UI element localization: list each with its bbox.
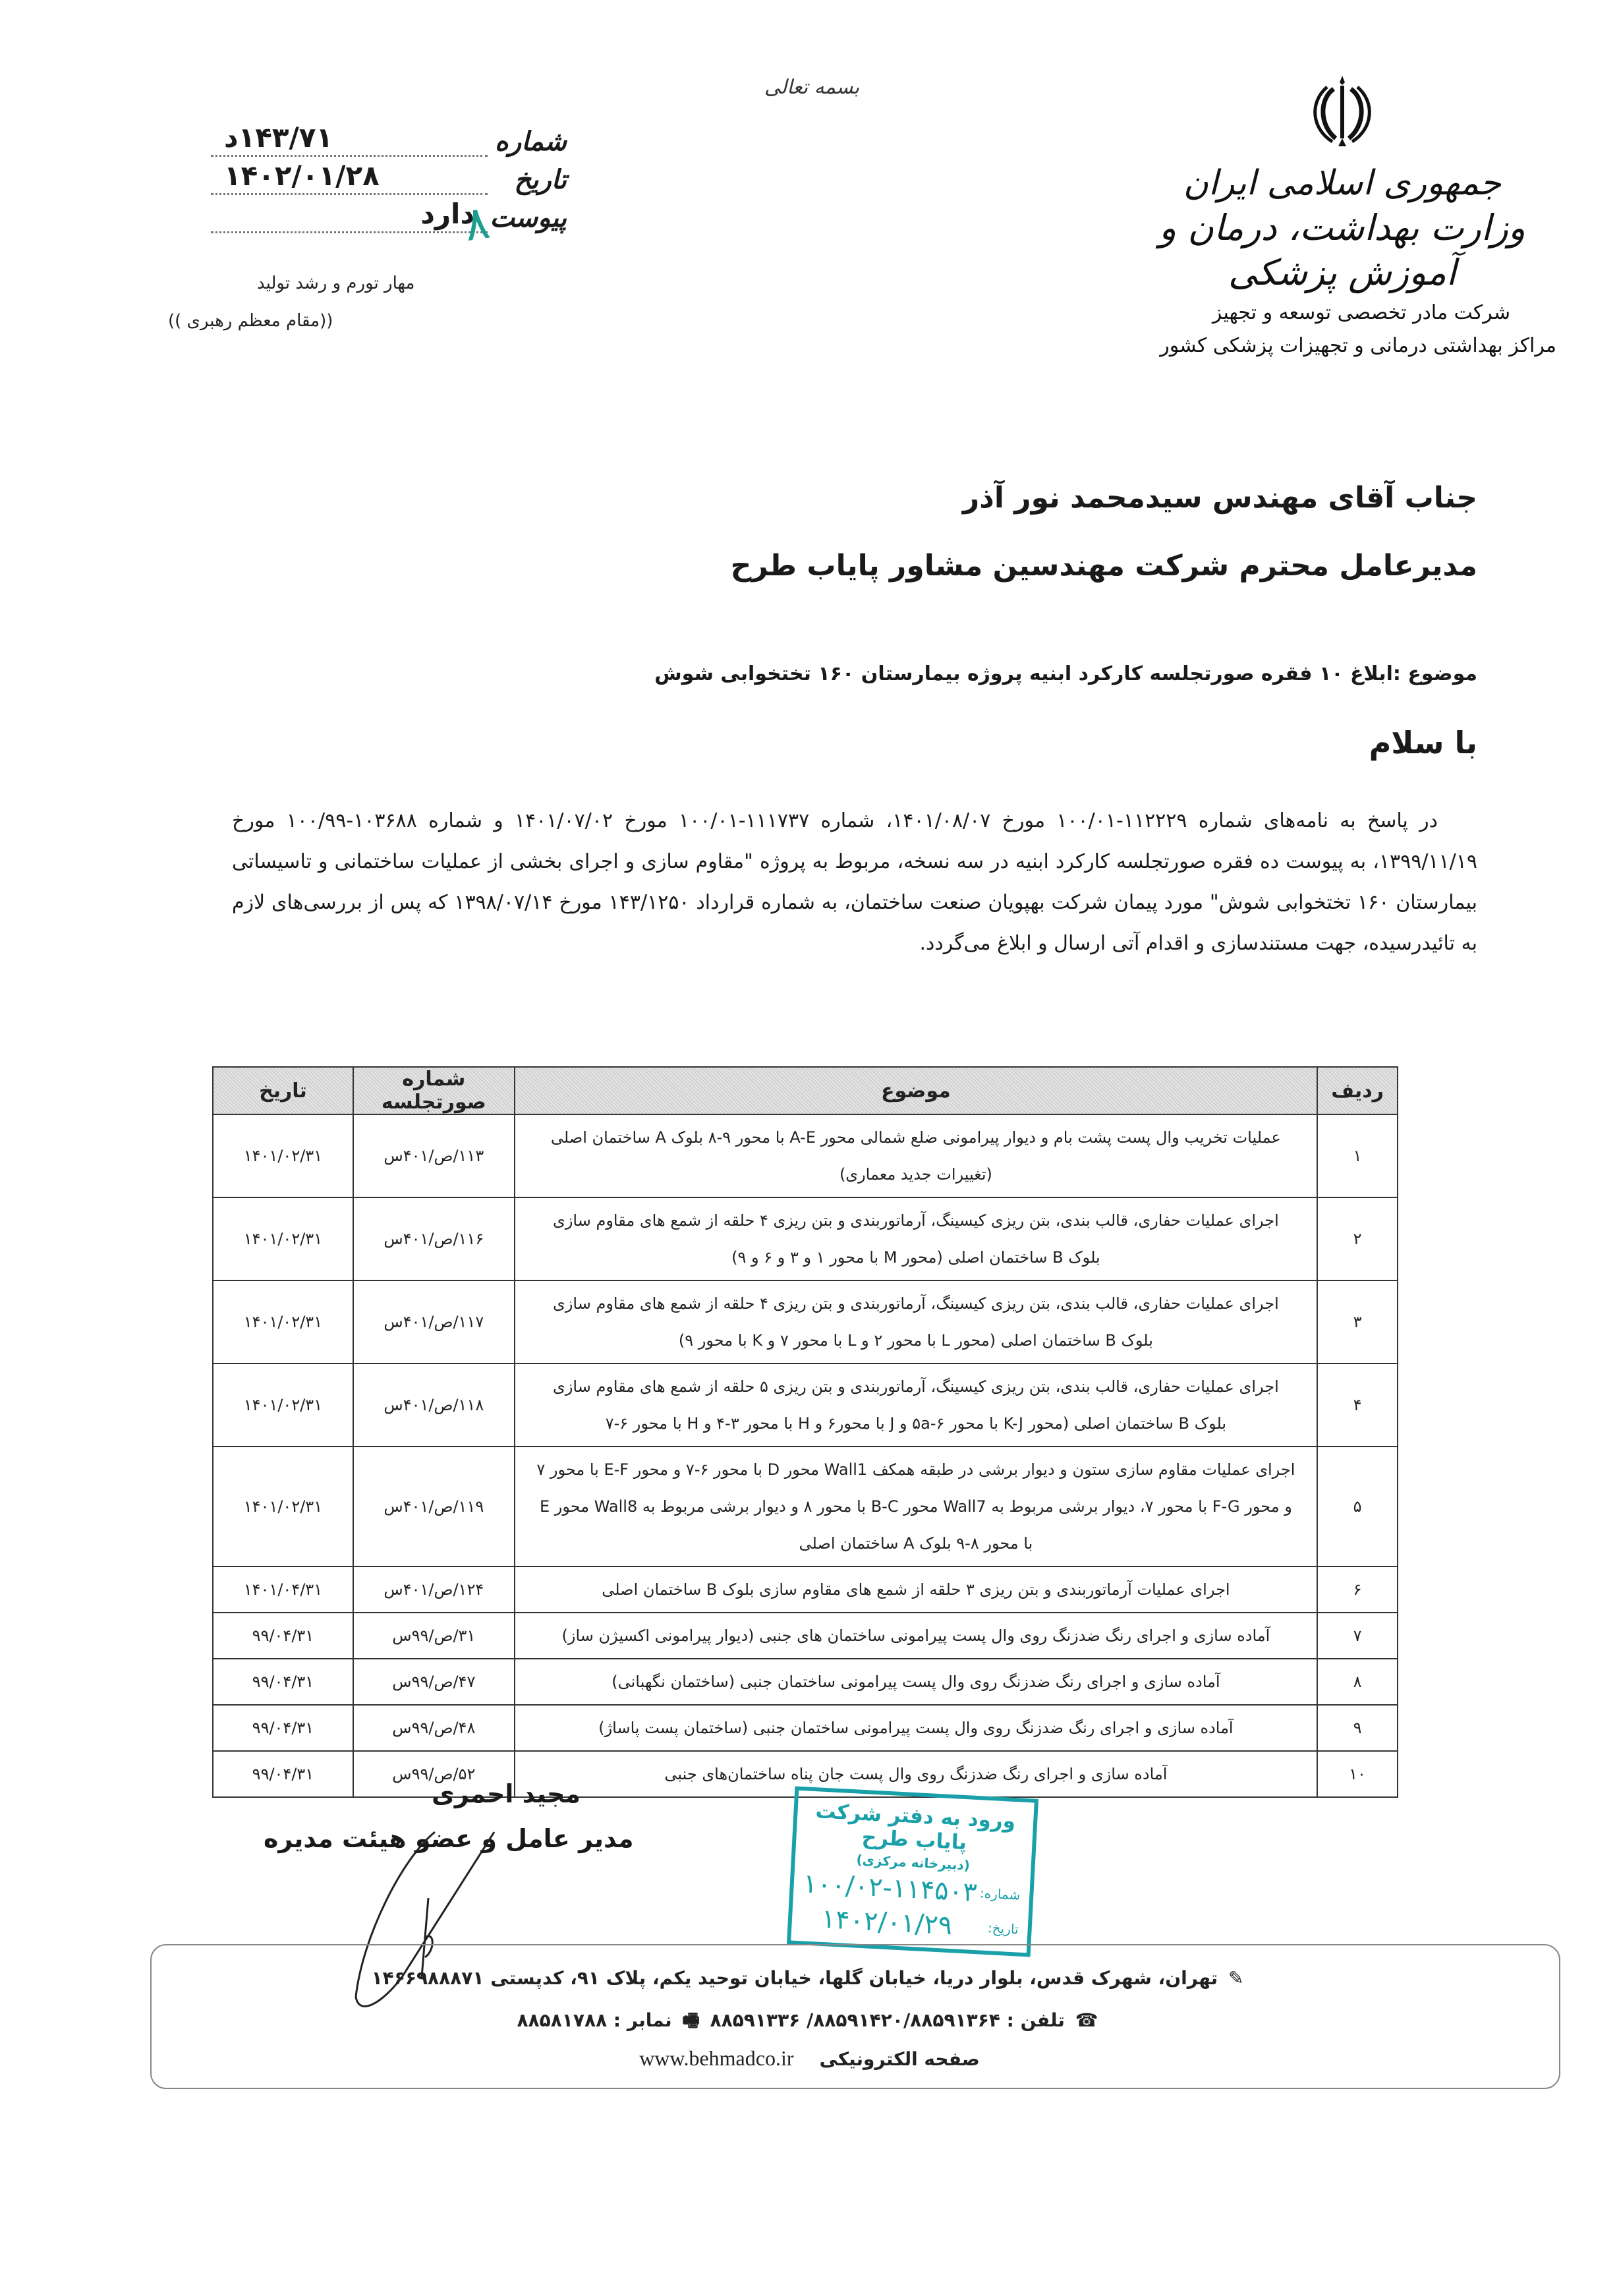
country-calligraphy: جمهوری اسلامی ایران	[1131, 161, 1553, 206]
cell-date: ۹۹/۰۴/۳۱	[213, 1613, 353, 1659]
cell-record-number: ۱۱۹/ص/۴۰۱س	[353, 1447, 515, 1566]
basmala: بسمه تعالی	[764, 76, 859, 99]
cell-subject: اجرای عملیات آرماتوربندی و بتن ریزی ۳ حل…	[515, 1566, 1317, 1613]
stamp-date-row: تاریخ: ۱۴۰۲/۰۱/۲۹	[801, 1903, 1019, 1944]
cell-row-no: ۸	[1317, 1659, 1398, 1705]
website-link[interactable]: www.behmadco.ir	[639, 2046, 793, 2070]
col-header-subject: موضوع	[515, 1067, 1317, 1114]
signer-name: مجید احمری	[432, 1779, 581, 1808]
organization-name: شرکت مادر تخصصی توسعه و تجهیز مراکز بهدا…	[963, 297, 1556, 362]
letter-subject: موضوع :ابلاغ ۱۰ فقره صورتجلسه کارکرد ابن…	[654, 662, 1477, 685]
letter-number: ۱۴۳/۷۱د	[211, 121, 488, 157]
cell-subject: اجرای عملیات مقاوم سازی ستون و دیوار برش…	[515, 1447, 1317, 1566]
records-table: ردیف موضوع شماره صورتجلسه تاریخ ۱ عملیات…	[212, 1066, 1398, 1798]
cell-date: ۹۹/۰۴/۳۱	[213, 1659, 353, 1705]
cell-date: ۱۴۰۱/۰۴/۳۱	[213, 1566, 353, 1613]
receipt-stamp: ورود به دفتر شرکت پایاب طرح (دبیرخانه مر…	[787, 1786, 1038, 1957]
cell-row-no: ۶	[1317, 1566, 1398, 1613]
footer-address: ✎ تهران، شهرک قدس، بلوار دریا، خیابان گل…	[0, 1967, 1619, 1989]
cell-subject: اجرای عملیات حفاری، قالب بندی، بتن ریزی …	[515, 1197, 1317, 1280]
phone-label: تلفن :	[1007, 2009, 1065, 2031]
cell-date: ۱۴۰۱/۰۲/۳۱	[213, 1197, 353, 1280]
cell-record-number: ۴۸/ص/۹۹س	[353, 1705, 515, 1751]
website-label: صفحه الکترونیکی	[819, 2048, 979, 2070]
cell-row-no: ۲	[1317, 1197, 1398, 1280]
cell-row-no: ۱۰	[1317, 1751, 1398, 1797]
attachment-label: پیوست	[488, 202, 567, 233]
cell-record-number: ۴۷/ص/۹۹س	[353, 1659, 515, 1705]
cell-record-number: ۱۲۴/ص/۴۰۱س	[353, 1566, 515, 1613]
cell-subject: آماده سازی و اجرای رنگ ضدزنگ روی وال پست…	[515, 1705, 1317, 1751]
cell-date: ۹۹/۰۴/۳۱	[213, 1751, 353, 1797]
col-header-row-no: ردیف	[1317, 1067, 1398, 1114]
number-label: شماره	[488, 126, 567, 157]
fax-number: ۸۸۵۸۱۷۸۸	[517, 2009, 607, 2031]
cell-date: ۱۴۰۱/۰۲/۳۱	[213, 1280, 353, 1363]
table-row: ۱ عملیات تخریب وال پست پشت بام و دیوار پ…	[213, 1114, 1398, 1197]
footer-contacts: ☎ تلفن : ۸۸۵۹۱۴۲۰/۸۸۵۹۱۳۶۴/ ۸۸۵۹۱۳۳۶ 🖷 ن…	[0, 2007, 1619, 2038]
fax-label: نمابر :	[613, 2009, 672, 2031]
col-header-record-number: شماره صورتجلسه	[353, 1067, 515, 1114]
addressee-title: مدیرعامل محترم شرکت مهندسین مشاور پایاب …	[731, 549, 1477, 583]
cell-subject: اجرای عملیات حفاری، قالب بندی، بتن ریزی …	[515, 1363, 1317, 1447]
cell-row-no: ۱	[1317, 1114, 1398, 1197]
cell-subject: آماده سازی و اجرای رنگ ضدزنگ روی وال پست…	[515, 1751, 1317, 1797]
cell-row-no: ۴	[1317, 1363, 1398, 1447]
cell-record-number: ۱۱۸/ص/۴۰۱س	[353, 1363, 515, 1447]
slogan: مهار تورم و رشد تولید	[257, 273, 414, 293]
table-row: ۸ آماده سازی و اجرای رنگ ضدزنگ روی وال پ…	[213, 1659, 1398, 1705]
stamp-number: ۱۰۰/۰۲-۱۱۴۵۰۳	[803, 1868, 978, 1908]
org-line-2: مراکز بهداشتی درمانی و تجهیزات پزشکی کشو…	[963, 330, 1556, 362]
cell-date: ۱۴۰۱/۰۲/۳۱	[213, 1447, 353, 1566]
cell-record-number: ۳۱/ص/۹۹س	[353, 1613, 515, 1659]
meta-number-row: شماره ۱۴۳/۷۱د	[211, 119, 567, 157]
cell-record-number: ۱۱۷/ص/۴۰۱س	[353, 1280, 515, 1363]
table-row: ۶ اجرای عملیات آرماتوربندی و بتن ریزی ۳ …	[213, 1566, 1398, 1613]
stamp-date: ۱۴۰۲/۰۱/۲۹	[801, 1903, 973, 1942]
table-header-row: ردیف موضوع شماره صورتجلسه تاریخ	[213, 1067, 1398, 1114]
table-row: ۵ اجرای عملیات مقاوم سازی ستون و دیوار ب…	[213, 1447, 1398, 1566]
table-row: ۳ اجرای عملیات حفاری، قالب بندی، بتن ریز…	[213, 1280, 1398, 1363]
stamp-number-label: شماره:	[977, 1885, 1021, 1903]
table-row: ۹ آماده سازی و اجرای رنگ ضدزنگ روی وال پ…	[213, 1705, 1398, 1751]
letter-date: ۱۴۰۲/۰۱/۲۸	[211, 159, 488, 195]
cell-subject: آماده سازی و اجرای رنگ ضدزنگ روی وال پست…	[515, 1613, 1317, 1659]
cell-subject: عملیات تخریب وال پست پشت بام و دیوار پیر…	[515, 1114, 1317, 1197]
meta-attachment-row: پیوست دارد	[211, 195, 567, 233]
table-row: ۷ آماده سازی و اجرای رنگ ضدزنگ روی وال پ…	[213, 1613, 1398, 1659]
table-row: ۴ اجرای عملیات حفاری، قالب بندی، بتن ریز…	[213, 1363, 1398, 1447]
cell-record-number: ۱۱۶/ص/۴۰۱س	[353, 1197, 515, 1280]
cell-row-no: ۹	[1317, 1705, 1398, 1751]
col-header-date: تاریخ	[213, 1067, 353, 1114]
cell-date: ۱۴۰۱/۰۲/۳۱	[213, 1114, 353, 1197]
footer-website: صفحه الکترونیکی www.behmadco.ir	[0, 2046, 1619, 2071]
cell-subject: اجرای عملیات حفاری، قالب بندی، بتن ریزی …	[515, 1280, 1317, 1363]
ministry-calligraphy: وزارت بهداشت، درمان و آموزش پزشکی	[1131, 206, 1553, 295]
cell-record-number: ۱۱۳/ص/۴۰۱س	[353, 1114, 515, 1197]
pen-icon: ✎	[1228, 1967, 1243, 1989]
letter-meta: شماره ۱۴۳/۷۱د تاریخ ۱۴۰۲/۰۱/۲۸ پیوست دار…	[211, 119, 567, 233]
addressee-name: جناب آقای مهندس سیدمحمد نور آذر	[963, 481, 1477, 515]
greeting: با سلام	[1369, 725, 1477, 761]
attachment-value: دارد	[211, 197, 488, 233]
letter-body: در پاسخ به نامه‌های شماره ۱۱۲۲۲۹-۱۰۰/۰۱ …	[232, 801, 1477, 964]
telephone-icon: ☎	[1075, 2009, 1098, 2031]
table-row: ۲ اجرای عملیات حفاری، قالب بندی، بتن ریز…	[213, 1197, 1398, 1280]
cell-date: ۹۹/۰۴/۳۱	[213, 1705, 353, 1751]
stamp-date-label: تاریخ:	[972, 1919, 1019, 1937]
address-text: تهران، شهرک قدس، بلوار دریا، خیابان گلها…	[372, 1967, 1218, 1989]
phone-numbers: ۸۸۵۹۱۴۲۰/۸۸۵۹۱۳۶۴/ ۸۸۵۹۱۳۳۶	[710, 2009, 1000, 2031]
stamp-title: ورود به دفتر شرکت پایاب طرح	[805, 1799, 1025, 1858]
cell-subject: آماده سازی و اجرای رنگ ضدزنگ روی وال پست…	[515, 1659, 1317, 1705]
fax-icon: 🖷	[682, 2007, 699, 2038]
date-label: تاریخ	[488, 164, 567, 195]
iran-emblem-icon	[1306, 72, 1378, 152]
org-line-1: شرکت مادر تخصصی توسعه و تجهیز	[963, 297, 1556, 330]
ministry-emblem-block: جمهوری اسلامی ایران وزارت بهداشت، درمان …	[1131, 72, 1553, 295]
cell-row-no: ۳	[1317, 1280, 1398, 1363]
cell-date: ۱۴۰۱/۰۲/۳۱	[213, 1363, 353, 1447]
cell-row-no: ۷	[1317, 1613, 1398, 1659]
slogan-source: ((مقام معظم رهبری ))	[168, 311, 333, 331]
meta-date-row: تاریخ ۱۴۰۲/۰۱/۲۸	[211, 157, 567, 195]
cell-row-no: ۵	[1317, 1447, 1398, 1566]
